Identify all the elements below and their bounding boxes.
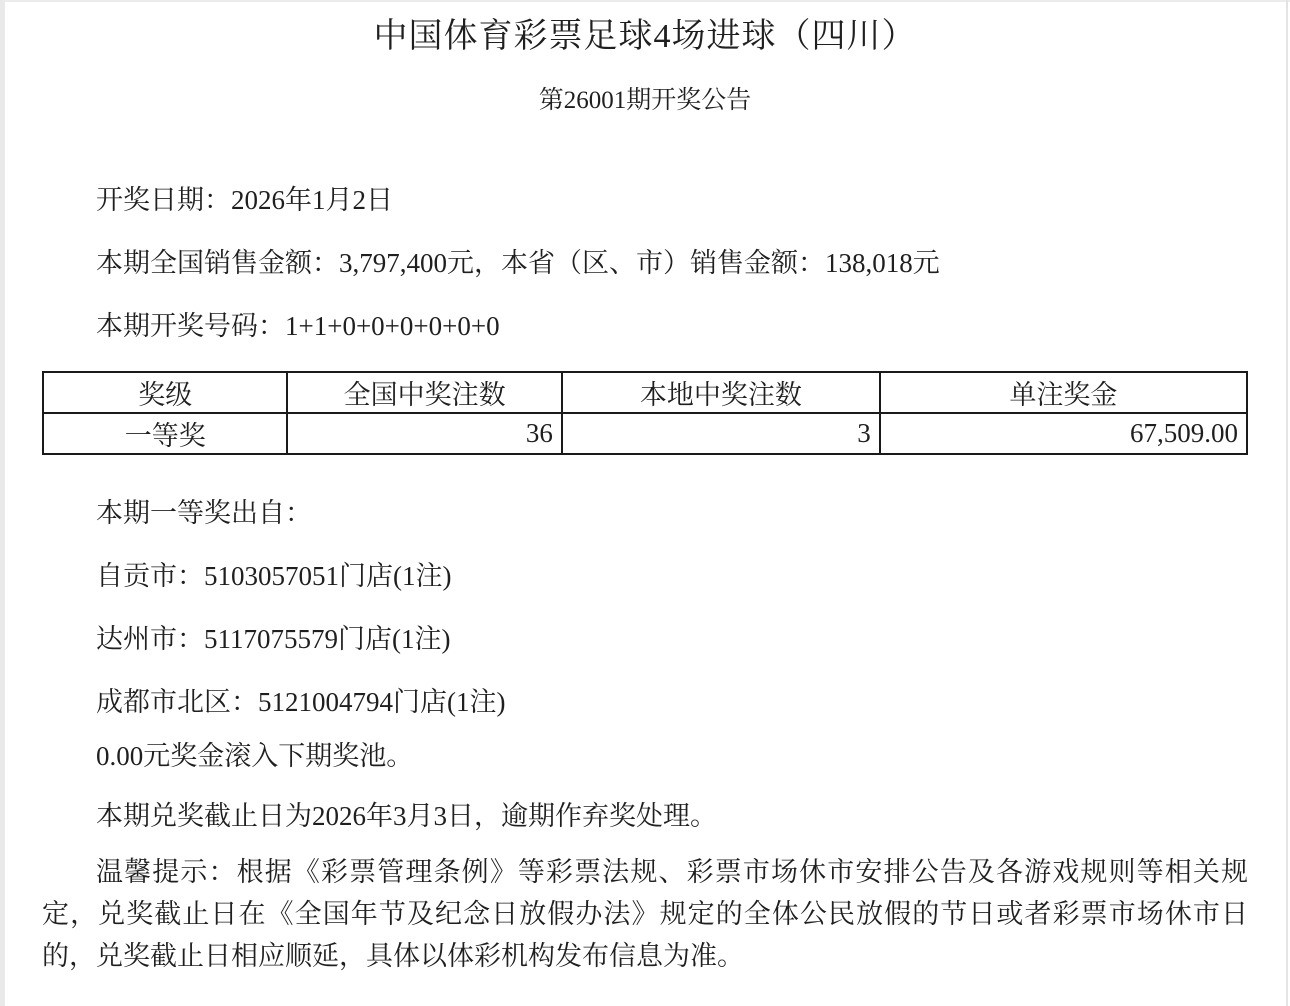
provincial-sales-label: 本省（区、市）销售金额：	[501, 248, 825, 278]
national-sales-label: 本期全国销售金额：	[96, 248, 339, 278]
cell-local-count: 3	[562, 413, 880, 454]
cell-prize-per-bet: 67,509.00	[880, 413, 1247, 454]
winner-line: 成都市北区：5121004794门店(1注)	[42, 682, 1248, 722]
page-right-edge	[1286, 0, 1288, 1006]
header-national-count: 全国中奖注数	[287, 372, 562, 413]
rollover-line: 0.00元奖金滚入下期奖池。	[42, 736, 1248, 776]
sales-line: 本期全国销售金额：3,797,400元，本省（区、市）销售金额：138,018元	[42, 243, 1248, 283]
national-sales-value: 3,797,400元	[339, 248, 474, 278]
header-prize-per-bet: 单注奖金	[880, 372, 1247, 413]
winner-city: 自贡市：	[96, 561, 204, 591]
winners-intro: 本期一等奖出自：	[42, 493, 1248, 533]
prize-table: 奖级 全国中奖注数 本地中奖注数 单注奖金 一等奖 36 3 67,509.00	[42, 371, 1248, 455]
draw-date-line: 开奖日期：2026年1月2日	[42, 180, 1248, 220]
prize-table-row-first-prize: 一等奖 36 3 67,509.00	[43, 413, 1247, 454]
winner-city: 达州市：	[96, 624, 204, 654]
cell-national-count: 36	[287, 413, 562, 454]
winner-store: 5117075579门店(1注)	[204, 624, 450, 654]
winner-city: 成都市北区：	[96, 687, 258, 717]
winner-store: 5103057051门店(1注)	[204, 561, 451, 591]
announcement-page: 中国体育彩票足球4场进球（四川） 第26001期开奖公告 开奖日期：2026年1…	[0, 0, 1290, 1006]
provincial-sales-value: 138,018元	[825, 248, 940, 278]
document-body: 中国体育彩票足球4场进球（四川） 第26001期开奖公告 开奖日期：2026年1…	[5, 0, 1284, 1006]
draw-numbers-value: 1+1+0+0+0+0+0+0	[285, 311, 500, 341]
winner-line: 自贡市：5103057051门店(1注)	[42, 556, 1248, 596]
draw-numbers-label: 本期开奖号码：	[96, 311, 285, 341]
cell-prize-level: 一等奖	[43, 413, 287, 454]
prize-table-header-row: 奖级 全国中奖注数 本地中奖注数 单注奖金	[43, 372, 1247, 413]
notice-paragraph: 温馨提示：根据《彩票管理条例》等彩票法规、彩票市场休市安排公告及各游戏规则等相关…	[42, 851, 1248, 977]
header-local-count: 本地中奖注数	[562, 372, 880, 413]
winner-store: 5121004794门店(1注)	[258, 687, 505, 717]
draw-numbers-line: 本期开奖号码：1+1+0+0+0+0+0+0	[42, 306, 1248, 346]
deadline-line: 本期兑奖截止日为2026年3月3日，逾期作弃奖处理。	[42, 796, 1248, 836]
draw-date-label: 开奖日期：	[96, 185, 231, 215]
issue-subtitle: 第26001期开奖公告	[42, 86, 1248, 116]
winner-line: 达州市：5117075579门店(1注)	[42, 619, 1248, 659]
header-prize-level: 奖级	[43, 372, 287, 413]
draw-date-value: 2026年1月2日	[231, 185, 393, 215]
page-title: 中国体育彩票足球4场进球（四川）	[42, 16, 1248, 58]
sales-separator: ，	[474, 248, 501, 278]
